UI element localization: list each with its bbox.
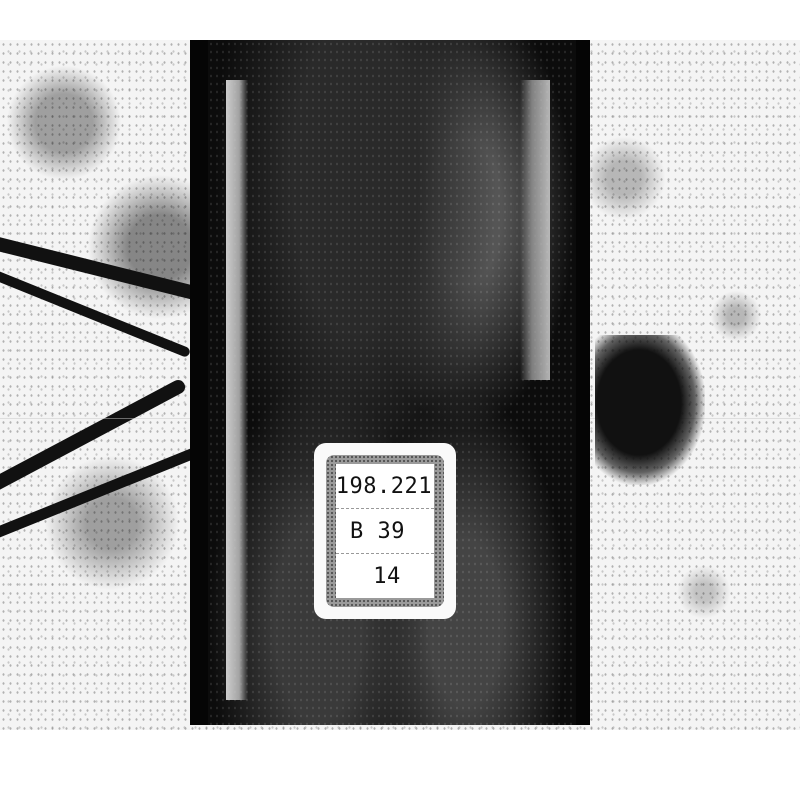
call-number-cutter: B 39	[336, 509, 434, 554]
label-border: 198.221 B 39 14	[326, 455, 444, 607]
label-text-area: 198.221 B 39 14	[336, 464, 434, 598]
call-number-class: 198.221	[336, 464, 434, 509]
ink-stain	[595, 335, 705, 485]
spine-worn-edge-right	[520, 80, 550, 380]
top-margin	[0, 0, 800, 40]
spine-worn-edge-left	[226, 80, 248, 700]
scanned-book-binding: 198.221 B 39 14	[0, 0, 800, 800]
call-number-volume: 14	[336, 554, 434, 598]
call-number-label: 198.221 B 39 14	[314, 443, 456, 619]
book-spine	[190, 40, 590, 725]
